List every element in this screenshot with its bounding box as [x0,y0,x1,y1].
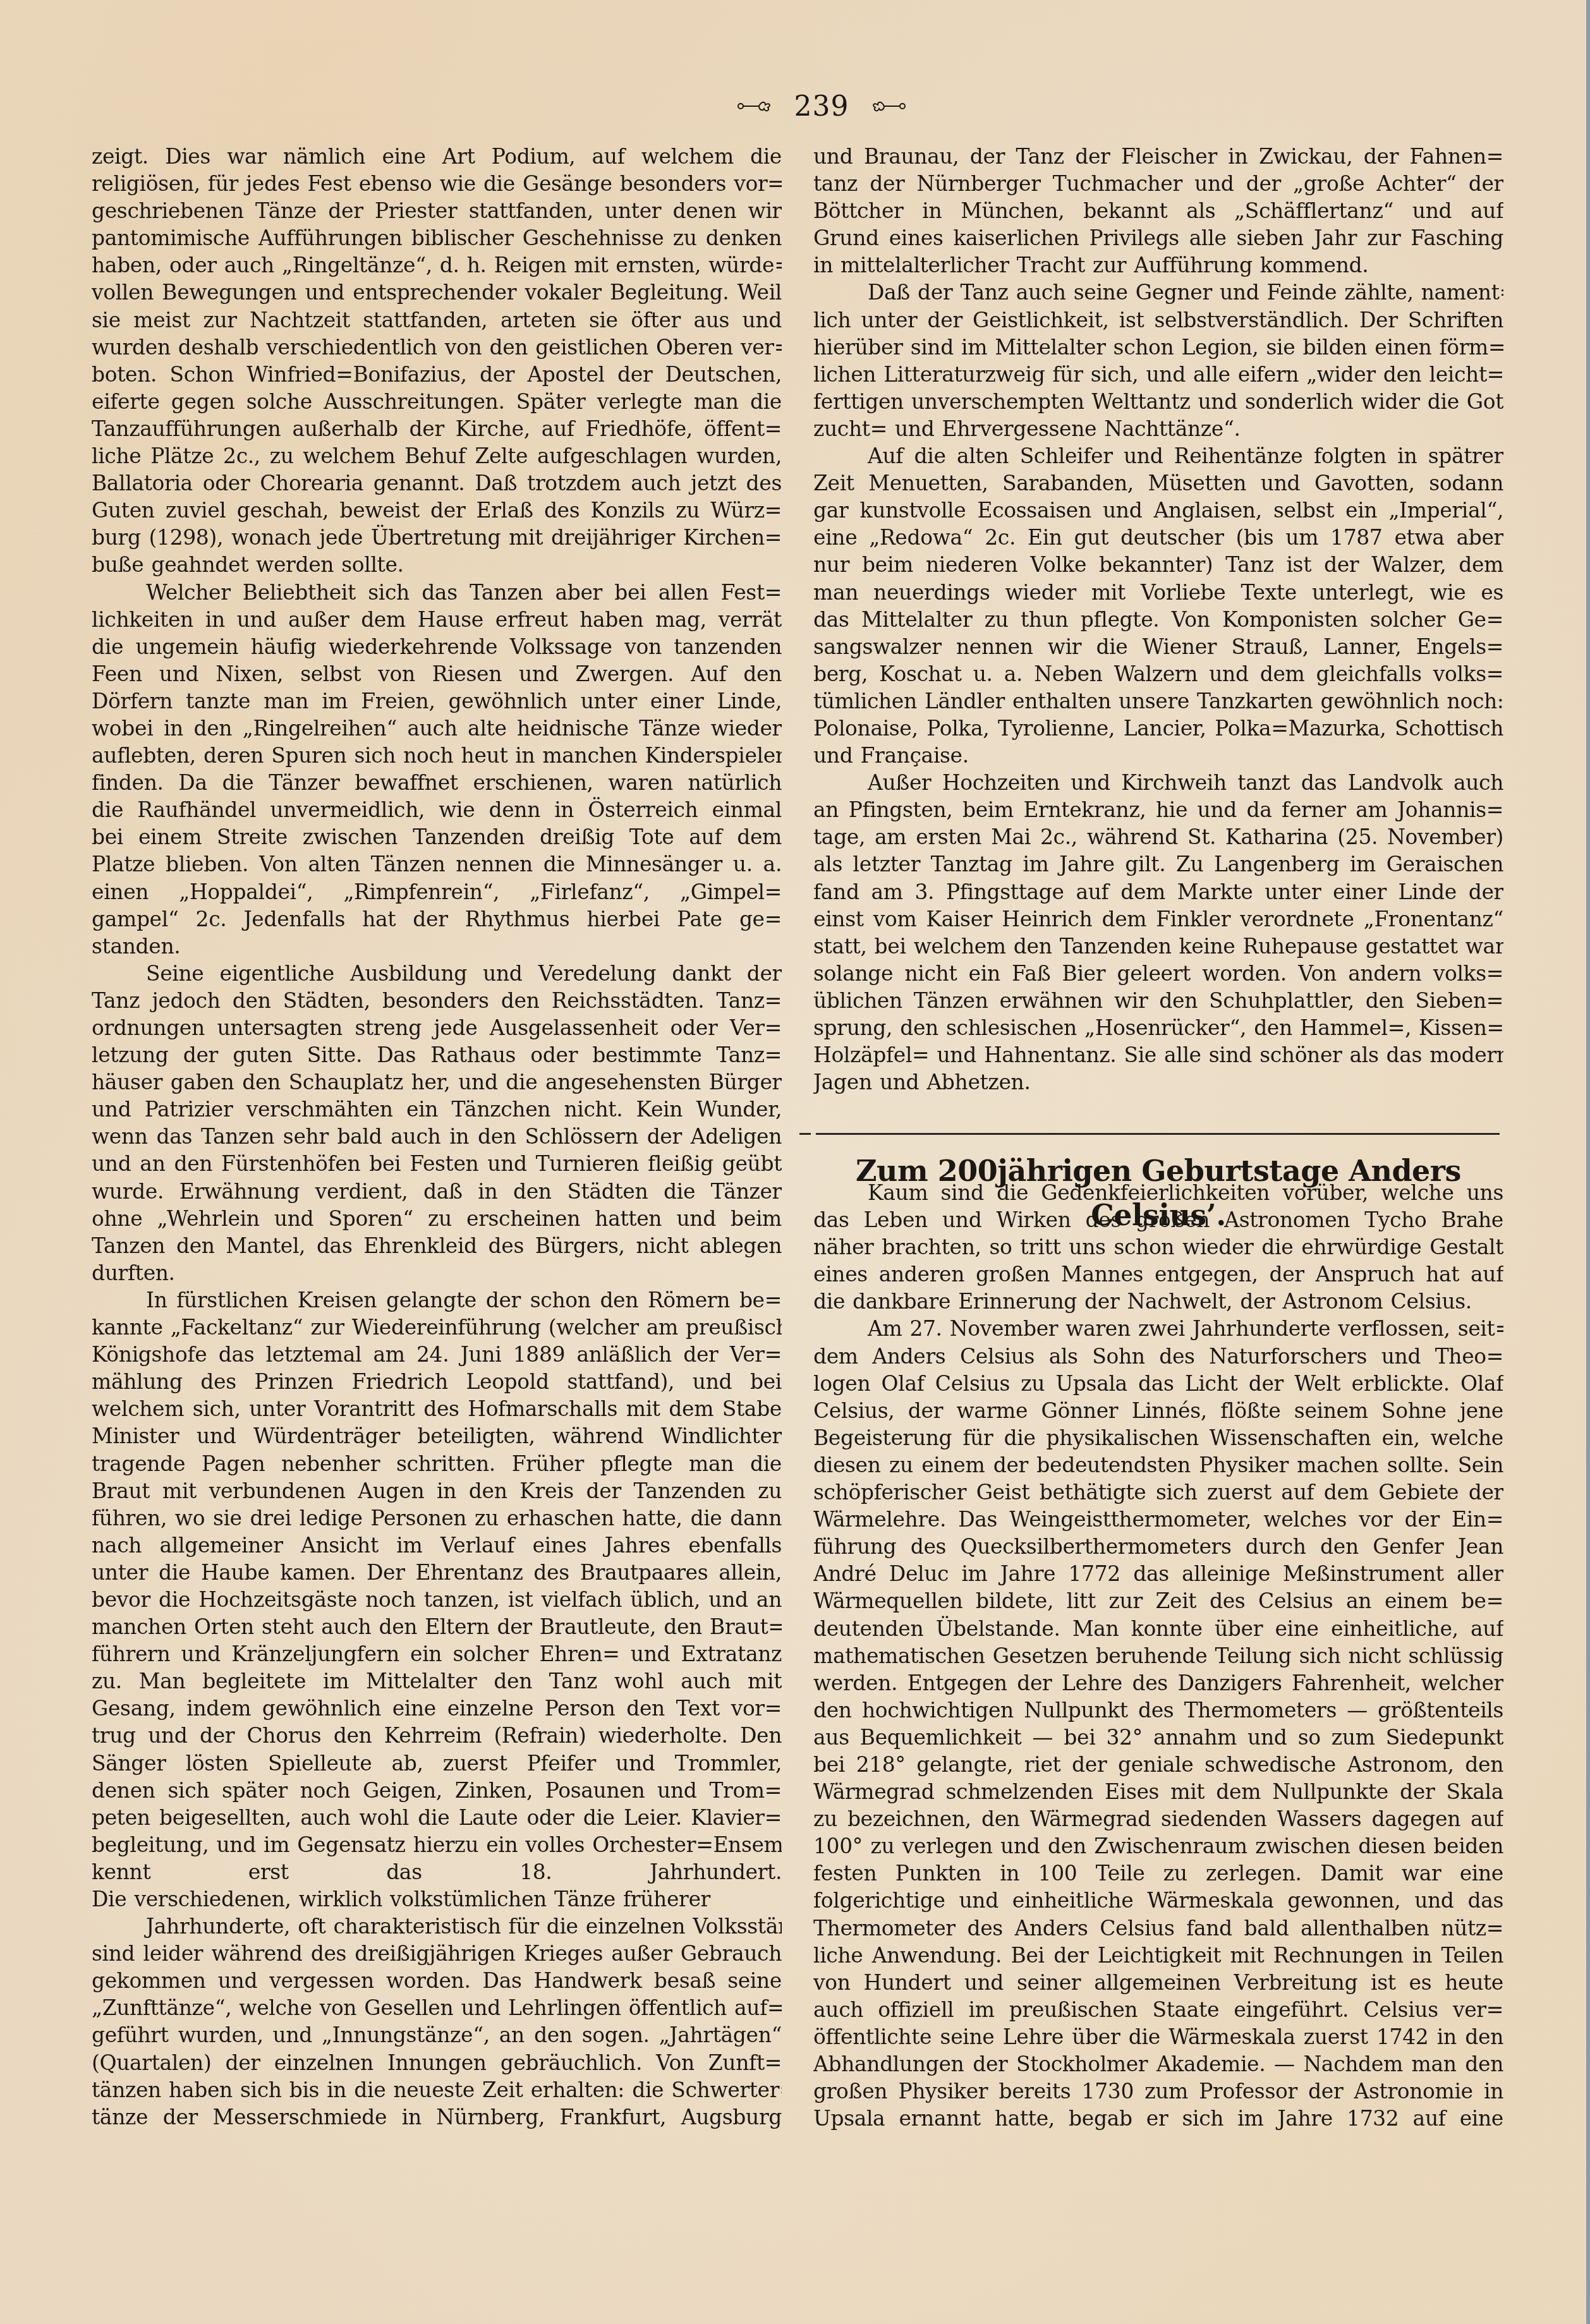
text-line: führern und Kränzeljungfern ein solcher … [92,1640,782,1667]
text-line: bei einem Streite zwischen Tanzenden dre… [92,823,782,850]
text-line: Kaum sind die Gedenkfeierlichkeiten vorü… [813,1179,1503,1206]
text-line: eines anderen großen Mannes entgegen, de… [813,1261,1503,1288]
text-line: sangswalzer nennen wir die Wiener Strauß… [813,633,1503,660]
text-line: gampel“ 2c. Jedenfalls hat der Rhythmus … [92,905,782,933]
text-line: tänzen haben sich bis in die neueste Zei… [92,2076,782,2103]
text-line: haben, oder auch „Ringeltänze“, d. h. Re… [92,251,782,279]
text-line: auflebten, deren Spuren sich noch heut i… [92,742,782,769]
text-line: Upsala ernannt hatte, begab er sich im J… [813,2105,1503,2132]
text-line: Am 27. November waren zwei Jahrhunderte … [813,1315,1503,1342]
text-line: Ballatoria oder Chorearia genannt. Daß t… [92,469,782,497]
text-line: mathematischen Gesetzen beruhende Teilun… [813,1642,1503,1669]
text-line: Daß der Tanz auch seine Gegner und Feind… [813,279,1503,306]
text-line: buße geahndet werden sollte. [92,551,782,578]
text-line: geschriebenen Tänze der Priester stattfa… [92,197,782,224]
text-line: Die verschiedenen, wirklich volkstümlich… [92,1885,782,1913]
text-line: 100° zu verlegen und den Zwischenraum zw… [813,1832,1503,1860]
text-line: die Raufhändel unvermeidlich, wie denn i… [92,796,782,823]
text-line: standen. [92,933,782,960]
text-line: Dörfern tanzte man im Freien, gewöhnlich… [92,687,782,715]
text-line: als letzter Tanztag im Jahre gilt. Zu La… [813,850,1503,878]
text-line: gekommen und vergessen worden. Das Handw… [92,1967,782,1994]
text-line: dem Anders Celsius als Sohn des Naturfor… [813,1343,1503,1370]
text-line: Wärmequellen bildete, litt zur Zeit des … [813,1587,1503,1614]
text-line: und Braunau, der Tanz der Fleischer in Z… [813,143,1503,170]
text-line: führen, wo sie drei ledige Personen zu e… [92,1504,782,1532]
text-line: eine „Redowa“ 2c. Ein gut deutscher (bis… [813,524,1503,551]
text-line: und Française. [813,742,1503,769]
text-line: bevor die Hochzeitsgäste noch tanzen, is… [92,1586,782,1613]
text-line: In fürstlichen Kreisen gelangte der scho… [92,1286,782,1314]
text-line: Zeit Menuetten, Sarabanden, Müsetten und… [813,469,1503,497]
text-line: tragende Pagen nebenher schritten. Frühe… [92,1450,782,1477]
page-number: 239 [794,90,849,123]
text-line: zeigt. Dies war nämlich eine Art Podium,… [92,143,782,170]
text-line: lich unter der Geistlichkeit, ist selbst… [813,306,1503,334]
text-line: geführt wurden, und „Innungstänze“, an d… [92,2021,782,2049]
text-line: und an den Fürstenhöfen bei Festen und T… [92,1150,782,1177]
text-line: peten beigesellten, auch wohl die Laute … [92,1804,782,1831]
text-line: nur beim niederen Volke bekannter) Tanz … [813,551,1503,578]
text-line: festen Punkten in 100 Teile zu zerlegen.… [813,1860,1503,1887]
text-line: den hochwichtigen Nullpunkt des Thermome… [813,1697,1503,1724]
text-line: üblichen Tänzen erwähnen wir den Schuhpl… [813,987,1503,1014]
text-line: vollen Bewegungen und entsprechender vok… [92,279,782,306]
text-line: sprung, den schlesischen „Hosenrücker“, … [813,1014,1503,1041]
text-line: schöpferischer Geist bethätigte sich zue… [813,1479,1503,1506]
text-line: zu. Man begleitete im Mittelalter den Ta… [92,1667,782,1695]
text-line: an Pfingsten, beim Erntekranz, hie und d… [813,796,1503,823]
text-line: „Zunfttänze“, welche von Gesellen und Le… [92,1994,782,2021]
text-line: burg (1298), wonach jede Übertretung mit… [92,524,782,551]
text-line: statt, bei welchem den Tanzenden keine R… [813,933,1503,960]
newspaper-page: 239 zeigt. Dies war nämlich eine Art Pod… [0,0,1586,2324]
text-line: nach allgemeiner Ansicht im Verlauf eine… [92,1532,782,1559]
text-line: berg, Koschat u. a. Neben Walzern und de… [813,660,1503,687]
text-line: wenn das Tanzen sehr bald auch in den Sc… [92,1123,782,1150]
text-line: Celsius, der warme Gönner Linnés, flößte… [813,1397,1503,1424]
text-line: gar kunstvolle Ecossaisen und Anglaisen,… [813,497,1503,524]
text-line: Grund eines kaiserlichen Privilegs alle … [813,224,1503,251]
text-line: Tanzen den Mantel, das Ehrenkleid des Bü… [92,1232,782,1259]
text-line: führung des Quecksilberthermometers durc… [813,1533,1503,1560]
text-line: sie meist zur Nachtzeit stattfanden, art… [92,306,782,334]
text-line: Tanzaufführungen außerhalb der Kirche, a… [92,415,782,442]
text-line: Böttcher in München, bekannt als „Schäff… [813,197,1503,224]
text-line: liche Plätze 2c., zu welchem Behuf Zelte… [92,442,782,469]
text-line: mählung des Prinzen Friedrich Leopold st… [92,1368,782,1395]
text-line: Jagen und Abhetzen. [813,1068,1503,1096]
text-line: Braut mit verbundenen Augen in den Kreis… [92,1477,782,1504]
text-line: durften. [92,1259,782,1286]
text-line: Abhandlungen der Stockholmer Akademie. —… [813,2050,1503,2078]
text-line: ferttigen unverschempten Welttantz und s… [813,388,1503,415]
text-line: pantomimische Aufführungen biblischer Ge… [92,224,782,251]
text-line: in mittelalterlicher Tracht zur Aufführu… [813,251,1503,279]
right-column: und Braunau, der Tanz der Fleischer in Z… [813,143,1503,1096]
text-line: ohne „Wehrlein und Sporen“ zu erscheinen… [92,1205,782,1232]
text-line: trug und der Chorus den Kehrreim (Refrai… [92,1722,782,1749]
text-line: Platze blieben. Von alten Tänzen nennen … [92,850,782,878]
text-line: unter die Haube kamen. Der Ehrentanz des… [92,1559,782,1586]
text-line: Welcher Beliebtheit sich das Tanzen aber… [92,579,782,606]
text-line: logen Olaf Celsius zu Upsala das Licht d… [813,1370,1503,1397]
text-line: Begeisterung für die physikalischen Wiss… [813,1424,1503,1451]
text-line: André Deluc im Jahre 1772 das alleinige … [813,1560,1503,1587]
text-line: sind leider während des dreißigjährigen … [92,1940,782,1967]
text-line: (Quartalen) der einzelnen Innungen gebrä… [92,2049,782,2076]
section-divider [799,1133,1500,1135]
text-line: wobei in den „Ringelreihen“ auch alte he… [92,715,782,742]
text-line: das Leben und Wirken des großen Astronom… [813,1206,1503,1233]
text-line: kennt erst das 18. Jahrhundert. [92,1858,782,1885]
text-line: begleitung, und im Gegensatz hierzu ein … [92,1831,782,1858]
text-line: Jahrhunderte, oft charakteristisch für d… [92,1913,782,1940]
text-line: Außer Hochzeiten und Kirchweih tanzt das… [813,769,1503,796]
text-line: liche Anwendung. Bei der Leichtigkeit mi… [813,1942,1503,1969]
text-line: tage, am ersten Mai 2c., während St. Kat… [813,823,1503,850]
text-line: Holzäpfel= und Hahnentanz. Sie alle sind… [813,1041,1503,1068]
text-line: lichkeiten in und außer dem Hause erfreu… [92,606,782,633]
text-line: Tanz jedoch den Städten, besonders den R… [92,987,782,1014]
text-line: letzung der guten Sitte. Das Rathaus ode… [92,1041,782,1068]
text-line: Guten zuviel geschah, beweist der Erlaß … [92,497,782,524]
text-line: tänze der Messerschmiede in Nürnberg, Fr… [92,2103,782,2131]
text-line: die dankbare Erinnerung der Nachwelt, de… [813,1288,1503,1315]
text-line: werden. Entgegen der Lehre des Danzigers… [813,1669,1503,1697]
text-line: lichen Litteraturzweig für sich, und all… [813,361,1503,388]
text-line: finden. Da die Tänzer bewaffnet erschien… [92,769,782,796]
divider-gap [811,1133,816,1135]
scroll-ornament-left-icon [737,99,773,113]
text-line: tanz der Nürnberger Tuchmacher und der „… [813,170,1503,197]
text-line: zucht= und Ehrvergessene Nachttänze“. [813,415,1503,442]
text-line: näher brachten, so tritt uns schon wiede… [813,1233,1503,1261]
text-line: aus Bequemlichkeit — bei 32° annahm und … [813,1724,1503,1751]
text-line: folgerichtige und einheitliche Wärmeskal… [813,1887,1503,1914]
text-line: denen sich später noch Geigen, Zinken, P… [92,1777,782,1804]
text-line: Seine eigentliche Ausbildung und Veredel… [92,960,782,987]
text-line: boten. Schon Winfried=Bonifazius, der Ap… [92,361,782,388]
text-line: die ungemein häufig wiederkehrende Volks… [92,633,782,660]
text-line: Polonaise, Polka, Tyrolienne, Lancier, P… [813,715,1503,742]
text-line: häuser gaben den Schauplatz her, und die… [92,1068,782,1096]
text-line: einst vom Kaiser Heinrich dem Finkler ve… [813,905,1503,933]
text-line: diesen zu einem der bedeutendsten Physik… [813,1451,1503,1479]
text-line: wurde. Erwähnung verdient, daß in den St… [92,1178,782,1205]
text-line: ordnungen untersagten streng jede Ausgel… [92,1014,782,1041]
text-line: wurden deshalb verschiedentlich von den … [92,334,782,361]
text-line: religiösen, für jedes Fest ebenso wie di… [92,170,782,197]
text-line: Sänger lösten Spielleute ab, zuerst Pfei… [92,1750,782,1777]
text-line: Auf die alten Schleifer und Reihentänze … [813,442,1503,469]
text-line: das Mittelalter zu thun pflegte. Von Kom… [813,606,1503,633]
text-line: auch offiziell im preußischen Staate ein… [813,1996,1503,2023]
text-line: tümlichen Ländler enthalten unsere Tanzk… [813,687,1503,715]
text-line: Wärmelehre. Das Weingeistthermometer, we… [813,1506,1503,1533]
text-line: Minister und Würdenträger beteiligten, w… [92,1422,782,1449]
text-line: bei 218° gelangte, riet der geniale schw… [813,1751,1503,1778]
text-line: Königshofe das letztemal am 24. Juni 188… [92,1341,782,1368]
text-line: Wärmegrad schmelzenden Eises mit dem Nul… [813,1778,1503,1805]
text-line: öffentlichte seine Lehre über die Wärmes… [813,2023,1503,2050]
text-line: welchem sich, unter Vorantritt des Hofma… [92,1395,782,1422]
page-header: 239 [714,87,929,125]
text-line: Thermometer des Anders Celsius fand bald… [813,1915,1503,1942]
text-line: einen „Hoppaldei“, „Rimpfenrein“, „Firle… [92,878,782,905]
text-line: von Hundert und seiner allgemeinen Verbr… [813,1969,1503,1996]
text-line: deutenden Übelstande. Man konnte über ei… [813,1615,1503,1642]
text-line: großen Physiker bereits 1730 zum Profess… [813,2078,1503,2105]
scroll-ornament-right-icon [870,99,906,113]
text-line: und Patrizier verschmähten ein Tänzchen … [92,1096,782,1123]
text-line: eiferte gegen solche Ausschreitungen. Sp… [92,388,782,415]
left-column: zeigt. Dies war nämlich eine Art Podium,… [92,143,782,2131]
text-line: hierüber sind im Mittelalter schon Legio… [813,334,1503,361]
text-line: kannte „Fackeltanz“ zur Wiedereinführung… [92,1314,782,1341]
text-line: solange nicht ein Faß Bier geleert worde… [813,960,1503,987]
text-line: Feen und Nixen, selbst von Riesen und Zw… [92,660,782,687]
celsius-article-body: Kaum sind die Gedenkfeierlichkeiten vorü… [813,1179,1503,2132]
text-line: Gesang, indem gewöhnlich eine einzelne P… [92,1695,782,1722]
text-line: man neuerdings wieder mit Vorliebe Texte… [813,579,1503,606]
text-line: fand am 3. Pfingsttage auf dem Markte un… [813,878,1503,905]
text-line: zu bezeichnen, den Wärmegrad siedenden W… [813,1805,1503,1832]
text-line: manchen Orten steht auch den Eltern der … [92,1613,782,1640]
